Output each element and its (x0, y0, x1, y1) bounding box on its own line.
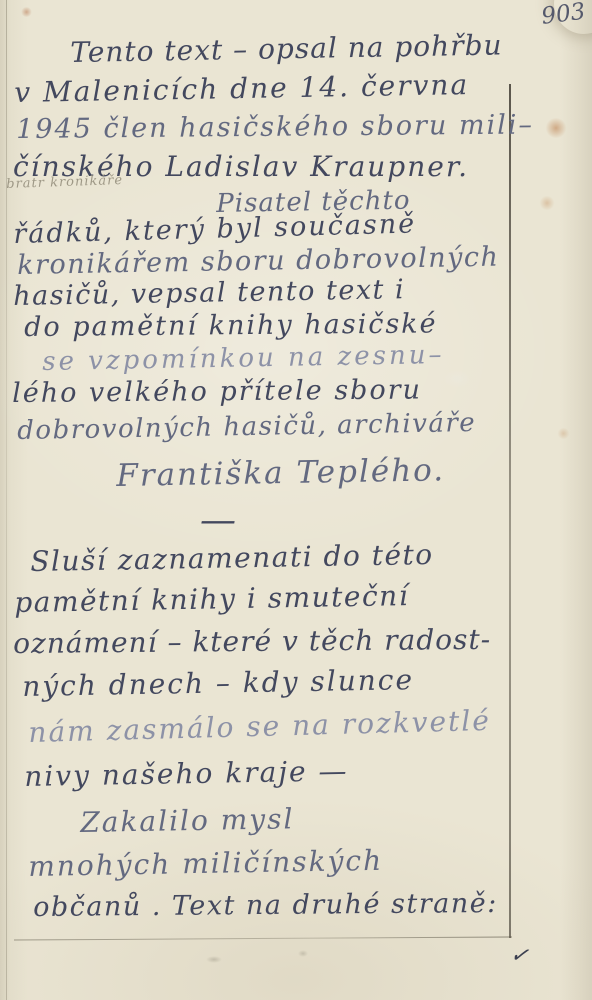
manuscript-line: v Malenicích dne 14. června (14, 68, 469, 109)
margin-rule-horizontal (14, 936, 512, 940)
manuscript-line: mnohých miličínských (28, 844, 383, 883)
paper-stain (444, 370, 470, 388)
manuscript-line: pamětní knihy i smuteční (14, 579, 409, 619)
page-crease (6, 0, 7, 1000)
manuscript-line: občanů . Text na druhé straně: (33, 888, 498, 923)
check-mark: ✓ (509, 942, 531, 969)
manuscript-page: 903 Tento text – opsal na pohřbu v Malen… (0, 0, 592, 1000)
manuscript-line: Františka Teplého. (116, 452, 445, 494)
paper-stain (539, 196, 555, 210)
manuscript-line: ných dnech – kdy slunce (22, 663, 414, 703)
margin-rule-vertical (509, 84, 511, 938)
manuscript-line: lého velkého přítele sboru (12, 374, 422, 409)
manuscript-line: 1945 člen hasičského sboru mili– (16, 109, 534, 145)
manuscript-line: hasičů, vepsal tento text i (13, 274, 405, 312)
manuscript-line: nám zasmálo se na rozkvetlé (28, 704, 491, 749)
manuscript-line: Sluší zaznamenati do této (30, 538, 434, 578)
paper-stain (298, 950, 308, 957)
pencil-marginalia: bratr kronikáře (6, 173, 123, 192)
paper-stain (21, 7, 32, 17)
paper-stain (206, 956, 222, 963)
manuscript-line: dobrovolných hasičů, archiváře (17, 408, 476, 446)
manuscript-line: Zakalilo mysl (80, 802, 295, 839)
paper-stain (557, 428, 570, 439)
manuscript-line: do pamětní knihy hasičské (24, 308, 438, 343)
manuscript-line: nivy našeho kraje — (24, 754, 349, 793)
manuscript-line: se vzpomínkou na zesnu– (42, 340, 445, 377)
manuscript-line: oznámení – které v těch radost- (13, 623, 491, 660)
manuscript-line: Tento text – opsal na pohřbu (70, 28, 503, 69)
separator-dash: — (200, 500, 238, 541)
paper-stain (545, 118, 567, 138)
